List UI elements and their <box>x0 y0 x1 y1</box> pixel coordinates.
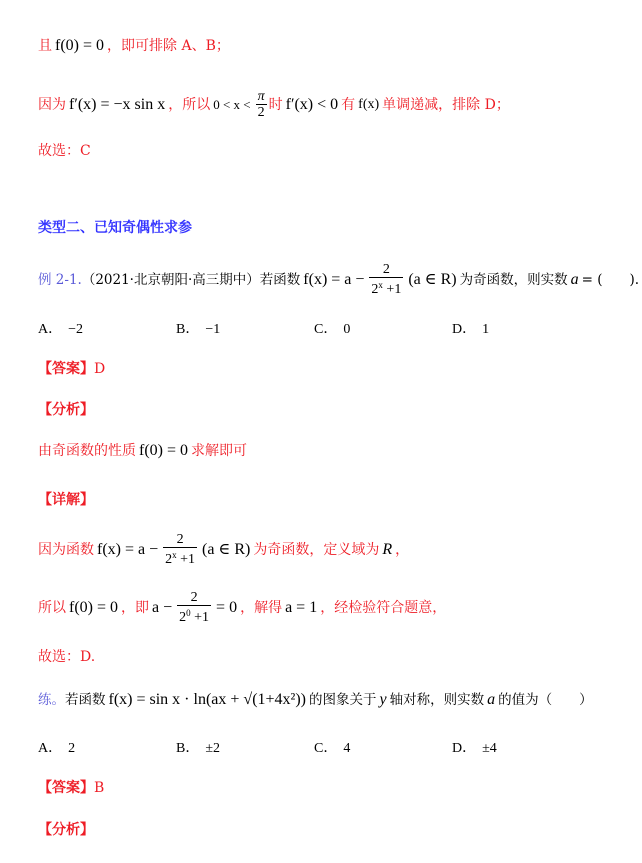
practice-analysis-label: 【分析】 <box>38 821 94 839</box>
option-c: C．0 <box>314 318 452 338</box>
answer-value: D <box>94 360 105 378</box>
solution-line-exclude-ab: 且 f(0) = 0 ，即可排除 A、B； <box>38 37 230 55</box>
math-derivative: f′(x) = −x sin x <box>69 96 165 114</box>
denominator: 2x +1 <box>369 277 403 297</box>
var-a: a <box>487 691 495 709</box>
answer-value: B <box>94 779 104 797</box>
math-expression: f(0) = 0 <box>55 37 104 55</box>
math-function: f(x) = sin x · ln(ax + √(1+4x²)) <box>109 691 307 709</box>
solution-conclusion-d: 故选：D. <box>38 648 95 666</box>
math-derivative-negative: f′(x) < 0 <box>286 96 339 114</box>
text: = ( ). <box>582 271 639 289</box>
math-f0: f(0) = 0 <box>69 599 118 617</box>
option-a: A．2 <box>38 737 176 757</box>
text: 由奇函数的性质 <box>38 442 136 460</box>
text: 为奇函数，则实数 <box>460 271 568 289</box>
fraction: 2 2x +1 <box>369 262 403 297</box>
text: 所以 <box>38 599 66 617</box>
text: ，即可排除 A、B； <box>107 37 230 55</box>
detail-line-2: 所以 f(0) = 0 ，即 a − 2 20 +1 = 0 ，解得 a = 1… <box>38 590 446 625</box>
example-question: 例 2-1. （2021·北京朝阳·高三期中）若函数 f(x) = a − 2 … <box>38 262 639 297</box>
math-domain: (a ∈ R) <box>408 271 456 289</box>
practice-label: 练。 <box>38 691 65 709</box>
var-a: a <box>571 271 579 289</box>
math-fx: f(x) = a − <box>303 271 364 289</box>
text: 的图象关于 <box>309 691 377 709</box>
math-a-equals-1: a = 1 <box>285 599 317 617</box>
example-source: （2021·北京朝阳·高三期中）若函数 <box>82 271 300 289</box>
denominator: 20 +1 <box>177 605 211 625</box>
answer-label: 【答案】 <box>38 360 94 378</box>
option-b: B．−1 <box>176 318 314 338</box>
solution-conclusion-c: 故选：C <box>38 142 91 160</box>
option-b: B．±2 <box>176 737 314 757</box>
text: 故选：C <box>38 142 91 160</box>
numerator: π <box>256 89 267 104</box>
practice-question: 练。 若函数 f(x) = sin x · ln(ax + √(1+4x²)) … <box>38 691 593 709</box>
math-expression: f(0) = 0 <box>139 442 188 460</box>
option-c: C．4 <box>314 737 452 757</box>
answer-line: 【答案】 D <box>38 360 105 378</box>
fraction: 2 20 +1 <box>177 590 211 625</box>
answer-label: 【答案】 <box>38 779 94 797</box>
detail-line-1: 因为函数 f(x) = a − 2 2x +1 (a ∈ R) 为奇函数，定义域… <box>38 532 409 567</box>
text: 因为函数 <box>38 541 94 559</box>
text: 求解即可 <box>191 442 247 460</box>
fraction: 2 2x +1 <box>163 532 197 567</box>
example-options: A．−2 B．−1 C．0 D．1 <box>38 318 590 338</box>
text: ，解得 <box>240 599 282 617</box>
text: 有 <box>341 96 355 114</box>
numerator: 2 <box>189 590 200 605</box>
text: ，经检验符合题意， <box>320 599 446 617</box>
practice-options: A．2 B．±2 C．4 D．±4 <box>38 737 590 757</box>
solution-line-exclude-d: 因为 f′(x) = −x sin x ，所以 0 < x < π 2 时 f′… <box>38 89 510 120</box>
math-a-minus: a − <box>152 599 172 617</box>
example-label: 例 2-1. <box>38 271 82 289</box>
math-fx: f(x) = a − <box>97 541 158 559</box>
text: 单调递减，排除 D； <box>382 96 510 114</box>
analysis-label: 【分析】 <box>38 401 94 419</box>
math-fx: f(x) <box>358 96 379 114</box>
denominator: 2x +1 <box>163 547 197 567</box>
text: 时 <box>269 96 283 114</box>
option-d: D．±4 <box>452 737 590 757</box>
math-equals-zero: = 0 <box>216 599 237 617</box>
analysis-content: 由奇函数的性质 f(0) = 0 求解即可 <box>38 442 247 460</box>
practice-answer-line: 【答案】 B <box>38 779 104 797</box>
numerator: 2 <box>381 262 392 277</box>
text: ，即 <box>121 599 149 617</box>
math-inequality: 0 < x < <box>213 96 250 114</box>
text: 且 <box>38 37 52 55</box>
section-heading: 类型二、已知奇偶性求参 <box>38 219 192 237</box>
option-d: D．1 <box>452 318 590 338</box>
var-r: R <box>382 541 392 559</box>
text: 若函数 <box>65 691 106 709</box>
text: 的值为（ ） <box>498 691 593 709</box>
detail-label: 【详解】 <box>38 491 94 509</box>
var-y: y <box>380 691 387 709</box>
text: 轴对称，则实数 <box>390 691 485 709</box>
math-domain: (a ∈ R) <box>202 541 250 559</box>
fraction-pi-over-2: π 2 <box>256 89 267 120</box>
text: 为奇函数，定义域为 <box>253 541 379 559</box>
option-a: A．−2 <box>38 318 176 338</box>
text: ， <box>395 541 409 559</box>
denominator: 2 <box>256 104 267 120</box>
text: ，所以 <box>168 96 210 114</box>
text: 因为 <box>38 96 66 114</box>
numerator: 2 <box>175 532 186 547</box>
